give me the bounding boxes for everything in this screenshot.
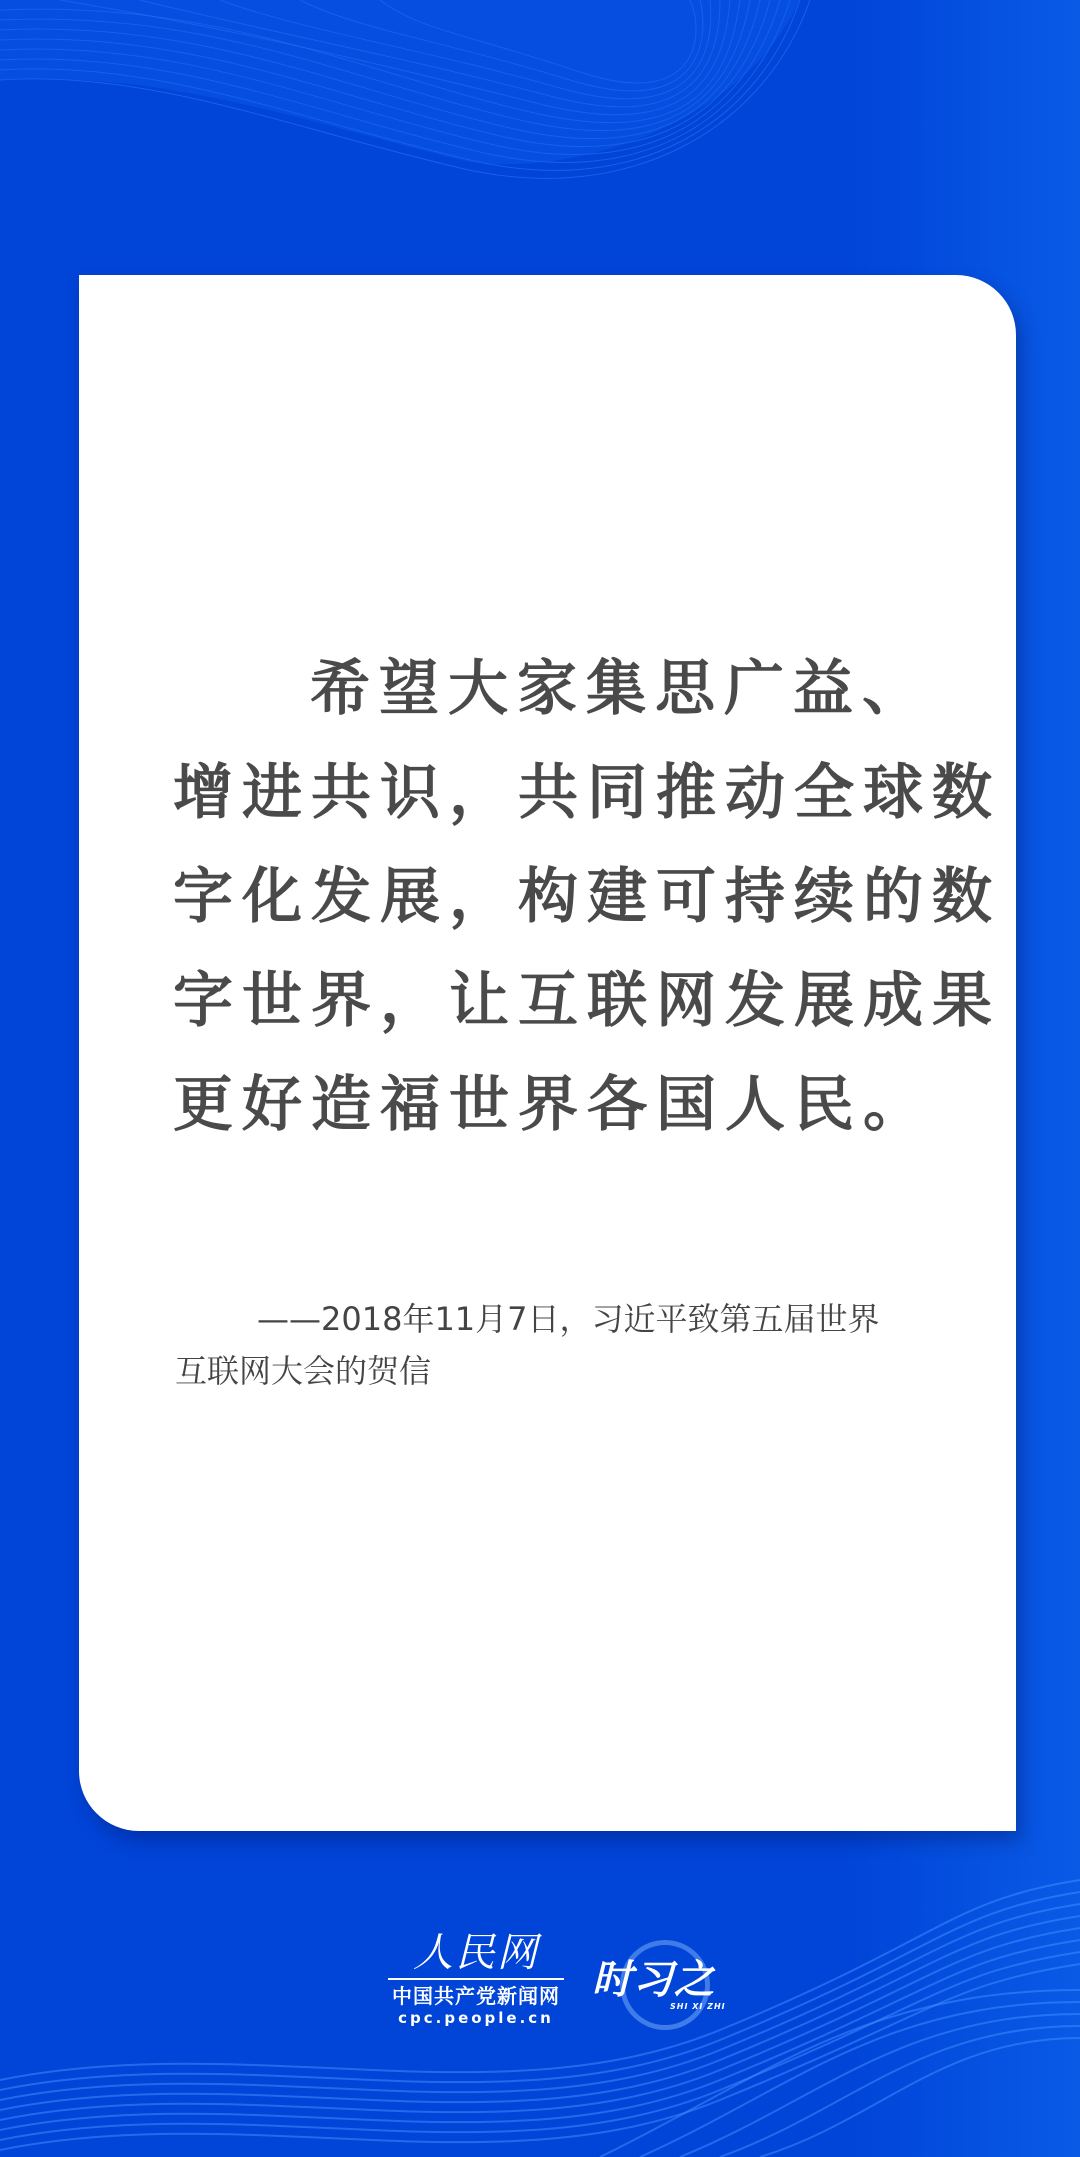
people-cn-logo-url: cpc.people.cn [386,2008,566,2028]
quote-line: 增进共识，共同推动全球数 [173,741,953,845]
quote-line: 更好造福世界各国人民。 [173,1053,953,1157]
people-cn-logo-script: 人民网 [386,1930,566,1976]
attribution-line: ——2018年11月7日，习近平致第五届世界 [175,1293,955,1345]
footer-logos: 人民网 中国共产党新闻网 cpc.people.cn 时习之 SHI XI ZH… [386,1930,726,2040]
shi-xi-zhi-pinyin: SHI XI ZHI [670,2002,726,2011]
people-cn-logo: 人民网 中国共产党新闻网 cpc.people.cn [386,1930,566,2040]
quote-line: 字化发展，构建可持续的数 [173,845,953,949]
people-cn-logo-name: 中国共产党新闻网 [386,1984,566,2008]
shi-xi-zhi-logo: 时习之 SHI XI ZHI [592,1940,726,2040]
quote-line: 希望大家集思广益、 [173,637,953,741]
quote-line: 字世界，让互联网发展成果 [173,949,953,1053]
quote-attribution: ——2018年11月7日，习近平致第五届世界 互联网大会的贺信 [175,1293,955,1397]
logo-divider [388,1978,564,1980]
attribution-line: 互联网大会的贺信 [175,1345,955,1397]
quote-text: 希望大家集思广益、 增进共识，共同推动全球数 字化发展，构建可持续的数 字世界，… [173,637,953,1157]
shi-xi-zhi-title: 时习之 [592,1958,715,2002]
quote-card: 希望大家集思广益、 增进共识，共同推动全球数 字化发展，构建可持续的数 字世界，… [79,275,1016,1831]
